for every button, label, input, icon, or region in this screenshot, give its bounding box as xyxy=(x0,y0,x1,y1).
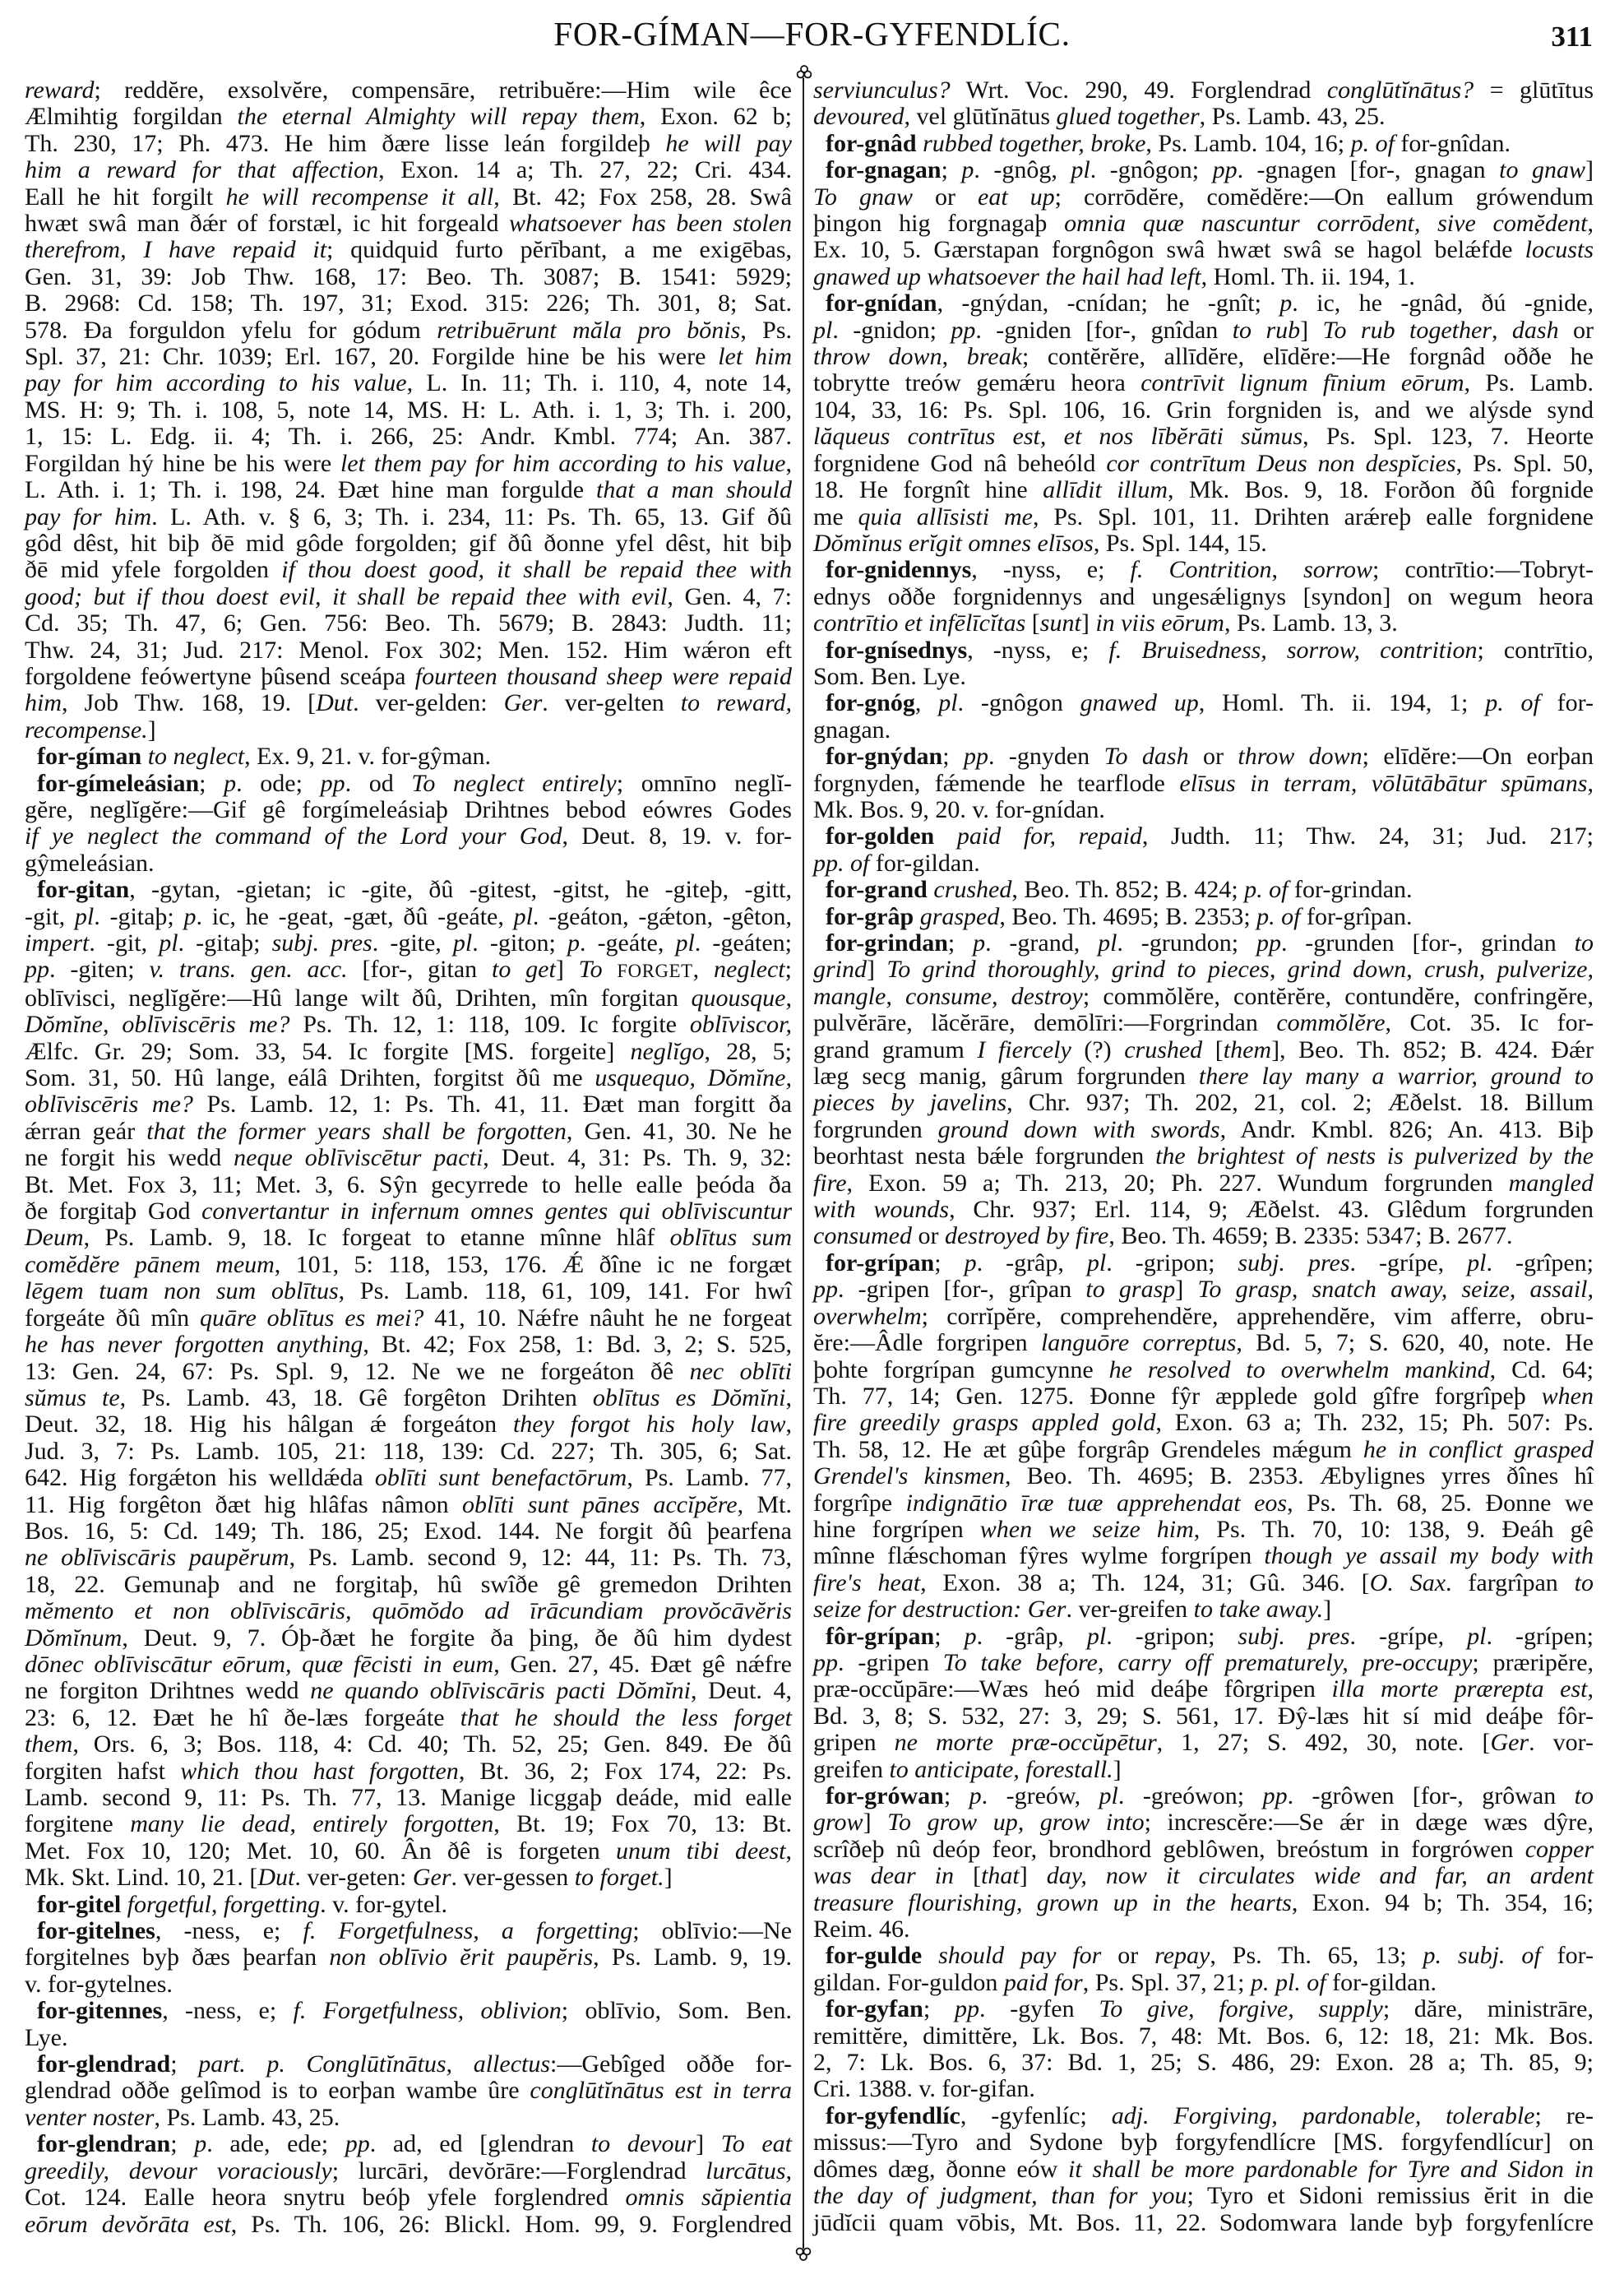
italic-gloss: crushed xyxy=(1124,1036,1202,1063)
text-run: , Bt. 19; Fox 70, 13: Bt. xyxy=(493,1810,792,1837)
text-run: Lamb. second 9, 11: Ps. Th. 77, 13. Mani… xyxy=(25,1784,792,1811)
text-run: ; dăre, ministrāre, xyxy=(1383,1995,1594,2022)
text-run: , Ps. Spl. 144, 15. xyxy=(1094,530,1267,557)
text-line: the day of judgment, than for you; Tyro … xyxy=(813,2183,1594,2209)
text-line: Thw. 24, 31; Jud. 217: Menol. Fox 302; M… xyxy=(25,637,792,664)
text-run: . -grîpen; xyxy=(1487,1249,1594,1276)
italic-gloss: that xyxy=(981,1862,1020,1889)
text-line: pl. -gnidon; pp. -gniden [for-, gnîdan t… xyxy=(813,317,1594,344)
italic-gloss: throw down xyxy=(1238,743,1362,770)
text-line: Reim. 46. xyxy=(813,1916,1594,1943)
text-run: , Ps. Lamb. 13, 3. xyxy=(1224,609,1398,637)
italic-gloss: ground down with swords xyxy=(938,1116,1220,1143)
text-run: . -gripen [for-, grîpan xyxy=(838,1276,1085,1303)
text-line: mangle, consume, destroy; commŏlĕre, con… xyxy=(813,984,1594,1010)
italic-gloss: day, now it circulates wide and far, an … xyxy=(1047,1862,1594,1889)
text-run: , Homl. Th. ii. 194, 1. xyxy=(1201,263,1415,290)
text-run: ; omnīno neglĭ- xyxy=(617,770,792,797)
text-line: seize for destruction: Ger. ver-greifen … xyxy=(813,1596,1594,1623)
italic-gloss: pay for him according to his value xyxy=(25,369,407,396)
text-run: Th. 230, 17; Ph. 473. He him ðære lisse … xyxy=(25,130,665,157)
entry-first-line: for-gnísednys, -nyss, e; f. Bruisedness,… xyxy=(813,637,1594,664)
entry-first-line: for-gnâd rubbed together, broke, Ps. Lam… xyxy=(813,131,1594,157)
entry-first-line: for-glendrad; part. p. Conglūtĭnātus, al… xyxy=(25,2051,792,2078)
italic-gloss: Ger xyxy=(1490,1729,1529,1756)
text-run: MS. H: 9; Th. i. 108, 5, note 14, MS. H:… xyxy=(25,396,792,424)
text-run: , Ps. Th. 65, 13; xyxy=(1210,1942,1423,1969)
italic-gloss: elīsus in terram, vōlūtābātur spūmans xyxy=(1179,770,1587,797)
italic-gloss: glued together xyxy=(1057,103,1200,130)
text-run: . ode; xyxy=(236,770,320,797)
text-run: . -gitaþ; xyxy=(94,903,183,930)
italic-gloss: serviunculus? xyxy=(813,76,951,104)
text-run: Thw. 24, 31; Jud. 217: Menol. Fox 302; M… xyxy=(25,637,792,664)
text-run: ] xyxy=(867,956,886,983)
text-run: , Bt. 36, 2; Fox 174, 22: Ps. xyxy=(459,1758,792,1785)
text-run: gripen xyxy=(813,1729,895,1756)
text-line: him a reward for that affection, Exon. 1… xyxy=(25,157,792,183)
italic-gloss: which thou hast forgotten xyxy=(180,1758,459,1785)
text-run: . -grôwen [for-, grôwan xyxy=(1288,1782,1575,1809)
text-run: Th. 77, 14; Gen. 1275. Ðonne fŷr æpplede… xyxy=(813,1383,1542,1410)
italic-gloss: p xyxy=(224,770,236,797)
text-run: Gen. 31, 39: Job Thw. 168, 17: Beo. Th. … xyxy=(25,263,792,290)
entry-first-line: for-gyfan; pp. -gyfen To give, forgive, … xyxy=(813,1996,1594,2022)
text-run: mînne flǽschoman fŷres wylme forgrípen xyxy=(813,1542,1264,1569)
text-run: , Homl. Th. ii. 194, 1; xyxy=(1199,689,1485,716)
text-run: B. 2968: Cd. 158; Th. 197, 31; Exod. 315… xyxy=(25,290,792,317)
text-run: . v. for-gytel. xyxy=(320,1891,447,1918)
text-run: . -grundon; xyxy=(1117,929,1256,957)
italic-gloss: usquequo, Dŏmĭne, xyxy=(595,1064,792,1091)
text-line: B. 2968: Cd. 158; Th. 197, 31; Exod. 315… xyxy=(25,290,792,317)
italic-gloss: fire xyxy=(813,1170,847,1197)
text-run: , xyxy=(786,1384,793,1411)
italic-gloss: oblītus sum xyxy=(670,1224,792,1251)
text-run: . -geáten; xyxy=(695,929,792,957)
text-line: gripen ne morte præ-occŭpētur, 1, 27; S.… xyxy=(813,1730,1594,1756)
text-run: . -grípe, xyxy=(1350,1623,1468,1650)
text-run xyxy=(914,903,920,930)
text-line: forgitelnes byþ ðæs þearfan non oblīvio … xyxy=(25,1944,792,1971)
text-run: . L. Ath. v. § 6, 3; Th. i. 234, 11: Ps.… xyxy=(151,503,792,530)
italic-gloss: they forgot his holy law xyxy=(513,1411,786,1438)
entry-first-line: for-grówan; p. -greów, pl. -greówon; pp.… xyxy=(813,1783,1594,1809)
text-run: ; corrōdĕre, comĕdĕre:—On eallum grówend… xyxy=(1055,183,1594,211)
text-run: , Ors. 6, 3; Bos. 118, 4: Cd. 40; Th. 52… xyxy=(72,1730,792,1758)
text-line: ðē mid yfele forgolden if thou doest goo… xyxy=(25,557,792,583)
italic-gloss: to forget. xyxy=(575,1864,664,1891)
italic-gloss: quousque, xyxy=(692,984,793,1012)
text-run: , xyxy=(1492,317,1512,344)
text-run: scrîðeþ nû deóp feor, brondhord geblôwen… xyxy=(813,1836,1525,1863)
text-run: Bt. Met. Fox 3, 11; Met. 3, 6. Sŷn gecyr… xyxy=(25,1171,792,1198)
headword: for-gnídan xyxy=(826,290,937,317)
headword: for-gnagan xyxy=(826,156,942,183)
entry-first-line: for-grípan; p. -grâp, pl. -gripon; subj.… xyxy=(813,1250,1594,1276)
text-line: greedily, devour voraciously; lurcāri, d… xyxy=(25,2158,792,2184)
italic-gloss: them xyxy=(25,1730,72,1758)
text-run: ; quidquid furto pĕrībant, a me exigēbas… xyxy=(326,236,792,263)
text-run: Deut. 32, 18. Hig his hâlgan ǽ forgeáton xyxy=(25,1411,513,1438)
italic-gloss: whatsoever has been stolen xyxy=(509,210,792,237)
text-run: . ade, ede; xyxy=(206,2130,345,2157)
text-run: Bd. 3, 8; S. 532, 27: 3, 29; S. 561, 17.… xyxy=(813,1702,1594,1730)
italic-gloss: Deum xyxy=(25,1224,84,1251)
text-run: forgnyden, fǽmende he tearflode xyxy=(813,770,1179,797)
headword: for-gnóg xyxy=(826,689,915,716)
text-run: , Gen. 41, 30. Ne he xyxy=(567,1118,792,1145)
text-run xyxy=(922,1942,938,1969)
text-line: MS. H: 9; Th. i. 108, 5, note 14, MS. H:… xyxy=(25,397,792,424)
text-line: Th. 77, 14; Gen. 1275. Ðonne fŷr æpplede… xyxy=(813,1383,1594,1410)
text-line: ðe forgitaþ God convertantur in infernum… xyxy=(25,1198,792,1225)
text-line: To gnaw or eat up; corrōdĕre, comĕdĕre:—… xyxy=(813,184,1594,211)
italic-gloss: To grow up, grow into xyxy=(887,1809,1144,1836)
text-run: 41, 10. Nǽfre nâuht he ne forgeat xyxy=(423,1304,792,1332)
text-run: , -nyss, e; xyxy=(967,637,1108,664)
italic-gloss: pl xyxy=(159,929,178,957)
text-run: . -geáte, xyxy=(580,929,675,957)
italic-gloss: devoured xyxy=(813,103,905,130)
text-line: Som. Ben. Lye. xyxy=(813,664,1594,690)
text-run: . ad, ed [glendran xyxy=(370,2130,591,2157)
text-run: ] xyxy=(696,2130,721,2157)
italic-gloss: pl xyxy=(1098,929,1117,957)
italic-gloss: gnawed up xyxy=(1080,689,1199,716)
text-line: Bos. 16, 5: Cd. 149; Th. 186, 25; Exod. … xyxy=(25,1518,792,1545)
text-run: , Deut. 9, 7. Óþ-ðæt he forgite ða þing,… xyxy=(122,1624,792,1652)
entry-first-line: for-gímeleásian; p. ode; pp. od To negle… xyxy=(25,771,792,797)
italic-gloss: sorrow xyxy=(1303,556,1372,583)
text-run: 18. He forgnît hine xyxy=(813,476,1043,503)
text-run: , Ps. Spl. 123, 7. Heorte xyxy=(1302,423,1594,450)
text-run: hwæt swâ man ðǽr of forstæl, ic hit forg… xyxy=(25,210,509,237)
text-line: 18. He forgnît hine allīdit illum, Mk. B… xyxy=(813,477,1594,503)
italic-gloss: Dŏmĭnum xyxy=(25,1624,122,1652)
text-run: . -grand, xyxy=(985,929,1098,957)
text-run: , Ps. Spl. 37, 21; xyxy=(1083,1969,1251,1996)
italic-gloss: let them pay for him according to his va… xyxy=(340,450,786,477)
entry-first-line: for-golden paid for, repaid, Judth. 11; … xyxy=(813,823,1594,850)
text-line: fire greedily grasps appled gold, Exon. … xyxy=(813,1410,1594,1436)
italic-gloss: languōre correptus xyxy=(1041,1329,1236,1356)
text-run: . vor- xyxy=(1529,1729,1594,1756)
text-run: . ver-gelten xyxy=(542,689,680,716)
text-run: gĕre, neglĭgĕre:—Gif gê forgímeleásiaþ D… xyxy=(25,796,792,823)
text-run: ], Beo. Th. 852; B. 424. Ðǽr xyxy=(1271,1036,1594,1063)
text-run: [for-, gitan xyxy=(348,956,492,983)
text-run: ; corrĭpĕre, comprehendĕre, apprehendĕre… xyxy=(922,1303,1594,1330)
italic-gloss: fourteen thousand sheep were repaid xyxy=(415,663,792,690)
text-run: v. for-gytelnes. xyxy=(25,1971,173,1998)
text-run: , Exon. 59 a; Th. 213, 20; Ph. 227. Wund… xyxy=(847,1170,1509,1197)
italic-gloss: contrītio et infēlīcĭtas xyxy=(813,609,1025,637)
italic-gloss: pl xyxy=(75,903,94,930)
entry-first-line: for-glendran; p. ade, ede; pp. ad, ed [g… xyxy=(25,2131,792,2157)
text-run: 23: 6, 12. Ðæt he hî ðe-læs forgeáte xyxy=(25,1704,460,1731)
italic-gloss: fire's heat xyxy=(813,1569,920,1596)
text-line: Cot. 124. Ealle heora snytru beóþ yfele … xyxy=(25,2184,792,2211)
text-line: dômes dæg, ðonne eów it shall be more pa… xyxy=(813,2156,1594,2183)
text-run: ; reddĕre, exsolvĕre, compensāre, retrib… xyxy=(94,76,792,104)
text-line: Bt. Met. Fox 3, 11; Met. 3, 6. Sŷn gecyr… xyxy=(25,1172,792,1198)
italic-gloss: p xyxy=(969,1782,982,1809)
italic-gloss: pl xyxy=(938,689,957,716)
text-run: , Ps. Lamb. 43, 25. xyxy=(154,2104,340,2131)
italic-gloss: destroyed by fire xyxy=(945,1222,1108,1249)
text-run: 2, 7: Lk. Bos. 6, 37: Bd. 1, 25; S. 486,… xyxy=(813,2049,1594,2076)
italic-gloss: though ye assail my body with xyxy=(1264,1542,1594,1569)
text-run: , Beo. Th. 4659; B. 2335: 5347; B. 2677. xyxy=(1108,1222,1512,1249)
italic-gloss: dōnec oblīviscātur eōrum, quæ fēcisti in… xyxy=(25,1651,493,1678)
text-run: . od xyxy=(345,770,412,797)
text-line: 11. Hig forgêton ðæt hig hlâfas nâmon ob… xyxy=(25,1492,792,1518)
text-line: 104, 33, 16: Ps. Spl. 106, 16. Grin forg… xyxy=(813,397,1594,424)
text-line: Grendel's kinsmen, Beo. Th. 4695; B. 235… xyxy=(813,1463,1594,1489)
text-line: Mk. Skt. Lind. 10, 21. [Dut. ver-geten: … xyxy=(25,1865,792,1891)
text-run: dômes dæg, ðonne eów xyxy=(813,2156,1068,2183)
page-number: 311 xyxy=(1551,21,1593,53)
fleuron-top-icon xyxy=(794,65,814,83)
text-line: ne oblīviscāris paupĕrum, Ps. Lamb. seco… xyxy=(25,1545,792,1571)
text-run: ðē mid yfele forgolden xyxy=(25,556,281,583)
text-run: . -gnôgon; xyxy=(1090,156,1213,183)
text-run: ; contrītio:—Tobryt- xyxy=(1372,556,1594,583)
text-line: Dŏmĭnus erĭgit omnes elīsos, Ps. Spl. 14… xyxy=(813,530,1594,557)
text-run: , Beo. Th. 852; B. 424; xyxy=(1011,876,1244,903)
italic-gloss: O. Sax xyxy=(1370,1569,1446,1596)
text-line: with wounds, Chr. 937; Erl. 114, 9; Æðel… xyxy=(813,1197,1594,1223)
text-run: ; xyxy=(944,1782,969,1809)
italic-gloss: contrīvit lignum fīnium eōrum xyxy=(1141,369,1464,396)
text-run: , -ness, e; xyxy=(155,1917,303,1944)
text-run: . -grunden [for-, grindan xyxy=(1281,929,1575,957)
italic-gloss: greedily, devour voraciously xyxy=(25,2157,332,2184)
italic-gloss: To dash xyxy=(1104,743,1189,770)
italic-gloss: to take away. xyxy=(1194,1596,1323,1623)
text-run: . -grâp, xyxy=(977,1249,1087,1276)
italic-gloss: f. Forgetfulness, a forgetting xyxy=(303,1917,632,1944)
text-run: (?) xyxy=(1071,1036,1124,1063)
italic-gloss: p xyxy=(184,903,197,930)
italic-gloss: pp xyxy=(955,1995,979,2022)
text-run: me xyxy=(813,503,858,530)
italic-gloss: overwhelm xyxy=(813,1303,922,1330)
italic-gloss: p. of xyxy=(1244,876,1288,903)
italic-gloss: pl xyxy=(675,929,694,957)
italic-gloss: pl xyxy=(453,929,472,957)
italic-gloss: pp xyxy=(321,770,345,797)
headword: for-glendrad xyxy=(37,2050,170,2078)
text-line: reward; reddĕre, exsolvĕre, compensāre, … xyxy=(25,77,792,104)
text-line: gŷmeleásian. xyxy=(25,850,792,877)
text-run: , Bt. 42; Fox 258, 1: Bd. 3, 2; S. 525, xyxy=(363,1331,792,1358)
text-run: , xyxy=(1588,1675,1594,1702)
text-run: , xyxy=(693,956,714,983)
italic-gloss: him xyxy=(25,689,62,716)
entry-first-line: for-gnýdan; pp. -gnyden To dash or throw… xyxy=(813,744,1594,770)
text-run: 11. Hig forgêton ðæt hig hlâfas nâmon xyxy=(25,1491,462,1518)
text-line: treasure flourishing, grown up in the he… xyxy=(813,1890,1594,1916)
text-run: , Ps. Lamb. 104, 16; xyxy=(1145,130,1350,157)
text-run: , Ps. Spl. 101, 11. Drihten arǽreþ ealle… xyxy=(1033,503,1594,530)
headword: for-glendran xyxy=(37,2130,170,2157)
italic-gloss: comĕdĕre pānem meum xyxy=(25,1251,275,1278)
text-line: gildan. For-guldon paid for, Ps. Spl. 37… xyxy=(813,1970,1594,1996)
text-line: if ye neglect the command of the Lord yo… xyxy=(25,823,792,850)
italic-gloss: v. trans. gen. acc. xyxy=(149,956,347,983)
text-run: Eall he hit forgilt xyxy=(25,183,226,211)
text-run: for-gildan. xyxy=(1326,1969,1437,1996)
italic-gloss: To give, forgive, supply xyxy=(1099,1995,1382,2022)
italic-gloss: pl xyxy=(1467,1623,1486,1650)
text-line: forgeáte ðû mîn quāre oblītus es mei? 41… xyxy=(25,1305,792,1332)
text-line: mĕmento et non oblīviscāris, quōmŏdo ad … xyxy=(25,1598,792,1624)
italic-gloss: p xyxy=(965,1249,977,1276)
text-run: , Deut. 4, xyxy=(691,1677,792,1704)
text-run: forgrîpe xyxy=(813,1489,906,1517)
italic-gloss: grind xyxy=(813,956,867,983)
italic-gloss: to xyxy=(1575,1569,1594,1596)
italic-gloss: that he should the less forget xyxy=(460,1704,792,1731)
text-run: ; elīdĕre:—On eorþan xyxy=(1363,743,1594,770)
text-run: , Deut. 4, 31: Ps. Th. 9, 32: xyxy=(483,1144,792,1171)
italic-gloss: omnia quæ nascuntur corrōdent, sive comĕ… xyxy=(1064,210,1587,237)
italic-gloss: to reward, xyxy=(681,689,792,716)
text-line: venter noster, Ps. Lamb. 43, 25. xyxy=(25,2105,792,2131)
italic-gloss: venter noster xyxy=(25,2104,154,2131)
text-run: ] xyxy=(148,716,156,744)
text-run: , Exon. 63 a; Th. 232, 15; Ph. 507: Ps. xyxy=(1155,1409,1594,1436)
text-line: Bd. 3, 8; S. 532, 27: 3, 29; S. 561, 17.… xyxy=(813,1703,1594,1730)
text-line: forgnidene God nâ beheóld cor contrītum … xyxy=(813,451,1594,477)
text-run: ] xyxy=(1081,609,1096,637)
italic-gloss: lurcātus, xyxy=(706,2157,792,2184)
italic-gloss: p xyxy=(973,929,985,957)
text-run: . -gite, xyxy=(372,929,453,957)
text-run: . -gyfen xyxy=(979,1995,1099,2022)
text-line: læg secg manig, gârum forgrunden there l… xyxy=(813,1063,1594,1090)
headword: for-gnýdan xyxy=(826,743,942,770)
small-caps-run: FORGET xyxy=(617,961,692,981)
text-run: , Ps. Lamb. 77, xyxy=(627,1464,792,1491)
italic-gloss: eat up xyxy=(978,183,1055,211)
text-run: ] xyxy=(1175,1276,1197,1303)
italic-gloss: quia allīsisti me xyxy=(858,503,1033,530)
entry-first-line: for-gnóg, pl. -gnôgon gnawed up, Homl. T… xyxy=(813,690,1594,716)
text-run: ; lurcāri, devŏrāre:—Forglendrad xyxy=(332,2157,706,2184)
text-run: -git, xyxy=(25,903,75,930)
text-run: , xyxy=(1588,210,1594,237)
italic-gloss: fire greedily grasps appled gold xyxy=(813,1409,1155,1436)
text-line: contrītio et infēlīcĭtas [sunt] in viis … xyxy=(813,610,1594,637)
headword: for-grípan xyxy=(826,1249,934,1276)
text-line: gôd dêst, hit biþ ðē mid gôde forgolden;… xyxy=(25,530,792,557)
italic-gloss: pp xyxy=(1213,156,1238,183)
text-run: ; præripĕre, xyxy=(1472,1649,1594,1676)
text-line: forgnyden, fǽmende he tearflode elīsus i… xyxy=(813,771,1594,797)
headword: for-gyfendlíc xyxy=(826,2102,960,2129)
text-run: ; xyxy=(948,929,973,957)
text-run: 642. Hig forgǽton his welldǽda xyxy=(25,1464,375,1491)
italic-gloss: p xyxy=(194,2130,206,2157)
italic-gloss: lăqueus contrītus est, et nos lībĕrāti s… xyxy=(813,423,1302,450)
italic-gloss: To gnaw xyxy=(813,183,913,211)
italic-gloss: pl xyxy=(1087,1249,1106,1276)
text-line: ne forgit his wedd neque oblīviscētur pa… xyxy=(25,1145,792,1171)
text-run: or xyxy=(1101,1942,1154,1969)
text-line: Ælmihtig forgildan the eternal Almighty … xyxy=(25,104,792,130)
text-run: Jud. 3, 7: Ps. Lamb. 105, 21: 118, 139: … xyxy=(25,1438,792,1465)
text-run: , Ps. Spl. 50, xyxy=(1456,450,1594,477)
text-line: ednys oððe forgnidennys and ungesǽlignys… xyxy=(813,584,1594,610)
text-run: , Ps. Lamb. 9, 18. Ic forgeat to etanne … xyxy=(84,1224,670,1251)
italic-gloss: he will pay xyxy=(665,130,792,157)
text-run: tobrytte treów gemǽru heora xyxy=(813,369,1141,396)
text-line: oblīviscēris me? Ps. Lamb. 12, 1: Ps. Th… xyxy=(25,1091,792,1118)
text-line: Cd. 35; Th. 47, 6; Gen. 756: Beo. Th. 56… xyxy=(25,610,792,637)
text-line: pay for him according to his value, L. I… xyxy=(25,370,792,396)
text-line: glendrad oððe gelîmod is to eorþan wambe… xyxy=(25,2078,792,2104)
text-run: 104, 33, 16: Ps. Spl. 106, 16. Grin forg… xyxy=(813,396,1594,424)
text-run: , xyxy=(942,343,967,370)
text-run: [ xyxy=(954,1862,981,1889)
italic-gloss: p. of xyxy=(1256,903,1300,930)
headword: for-grindan xyxy=(826,929,948,957)
italic-gloss: oblīti sunt pānes accĭpĕre xyxy=(462,1491,738,1518)
italic-gloss: he has never forgotten anything xyxy=(25,1331,363,1358)
text-run: Cot. 124. Ealle heora snytru beóþ yfele … xyxy=(25,2184,626,2211)
text-line: grind] To grind thoroughly, grind to pie… xyxy=(813,957,1594,983)
text-run: or xyxy=(912,1222,945,1249)
text-run: ; re- xyxy=(1535,2102,1594,2129)
text-line: oblīvisci, neglĭgĕre:—Hû lange wilt ðû, … xyxy=(25,985,792,1012)
text-run: ] xyxy=(1323,1596,1331,1623)
italic-gloss: impert xyxy=(25,929,89,957)
text-line: 13: Gen. 24, 67: Ps. Spl. 9, 12. Ne we n… xyxy=(25,1359,792,1385)
italic-gloss: them xyxy=(1224,1036,1271,1063)
italic-gloss: therefrom, I have repaid it xyxy=(25,236,326,263)
headword: for-gitan xyxy=(37,876,129,903)
text-line: hwæt swâ man ðǽr of forstæl, ic hit forg… xyxy=(25,211,792,237)
text-run: Wrt. Voc. 290, 49. Forglendrad xyxy=(951,76,1327,104)
text-run: , Deut. 8, 19. v. for- xyxy=(562,822,792,850)
italic-gloss: break xyxy=(967,343,1022,370)
italic-gloss: p. of xyxy=(1485,689,1540,716)
italic-gloss: To rub together xyxy=(1323,317,1492,344)
text-run: . -grípe, xyxy=(1350,1249,1468,1276)
text-line: lēgem tuam non sum oblītus, Ps. Lamb. 11… xyxy=(25,1278,792,1304)
italic-gloss: in viis eōrum xyxy=(1095,609,1224,637)
text-line: 2, 7: Lk. Bos. 6, 37: Bd. 1, 25; S. 486,… xyxy=(813,2050,1594,2076)
text-run: ; xyxy=(199,770,224,797)
italic-gloss: to gnaw xyxy=(1499,156,1585,183)
italic-gloss: p xyxy=(1279,290,1292,317)
text-run: , xyxy=(786,1411,793,1438)
text-line: Lamb. second 9, 11: Ps. Th. 77, 13. Mani… xyxy=(25,1785,792,1811)
text-run: , Bd. 5, 7; S. 620, 40, note. He xyxy=(1236,1329,1594,1356)
text-run: . -giten; xyxy=(49,956,149,983)
text-run: , Ps. Th. 106, 26: Blickl. Hom. 99, 9. F… xyxy=(231,2211,792,2238)
text-line: gnagan. xyxy=(813,717,1594,744)
italic-gloss: retribuērunt măla pro bŏnis xyxy=(437,317,740,344)
text-line: throw down, break; contĕrĕre, allīdĕre, … xyxy=(813,344,1594,370)
italic-gloss: subj. pres xyxy=(272,929,372,957)
headword: for-gímeleásian xyxy=(37,770,199,797)
italic-gloss: the eternal Almighty will repay them xyxy=(238,103,640,130)
text-run: Th. 58, 12. He æt gûþe forgrâp Grendeles… xyxy=(813,1436,1363,1463)
